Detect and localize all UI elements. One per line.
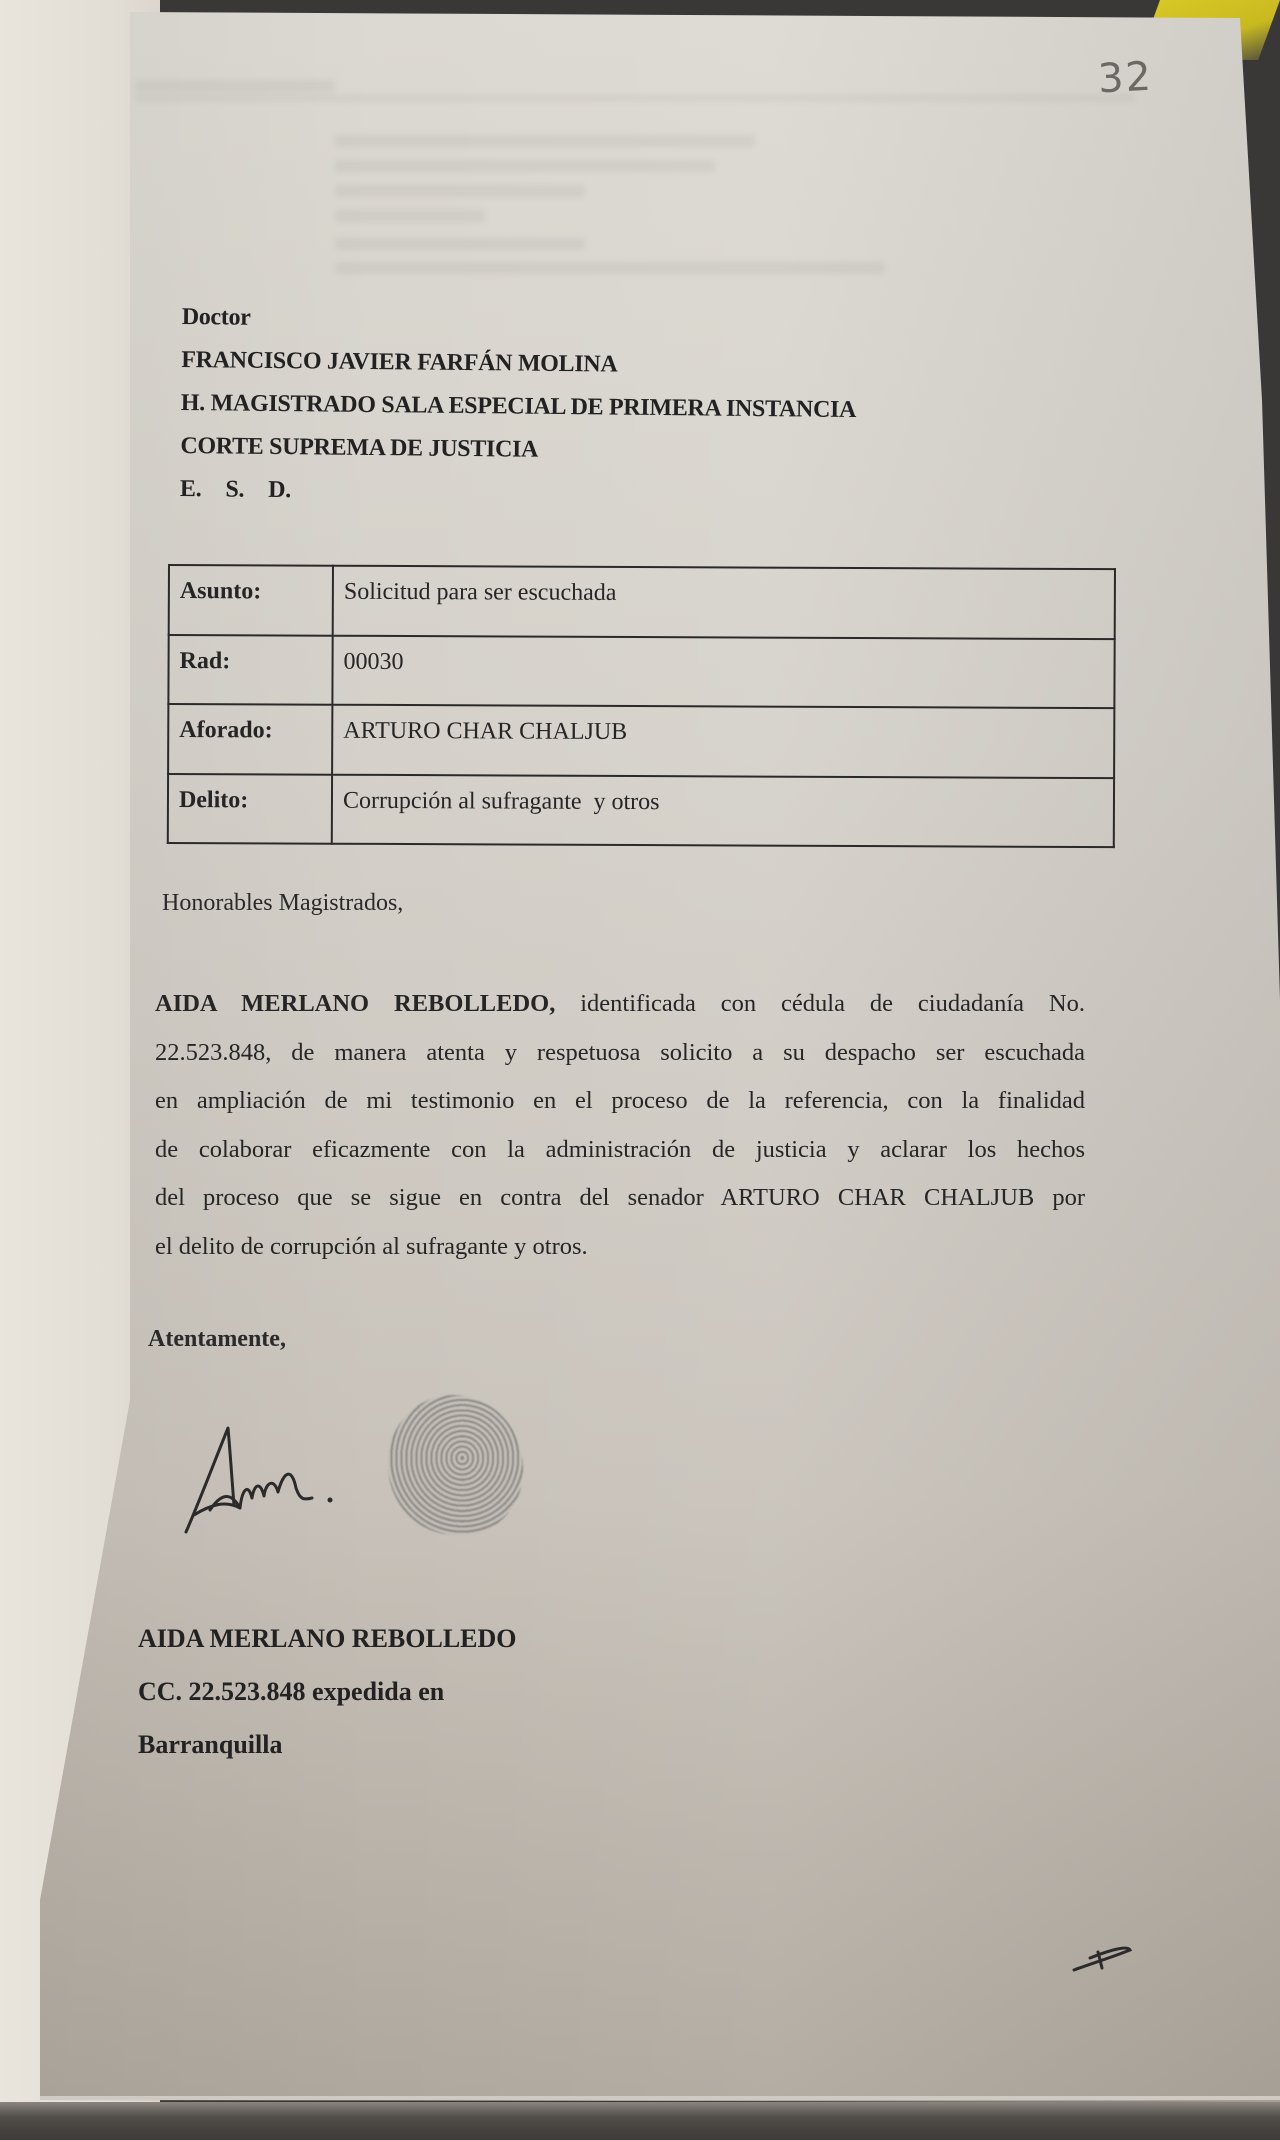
- signer-city: Barranquilla: [138, 1718, 517, 1771]
- background-surface: [0, 2102, 1280, 2140]
- body-line: del proceso que se sigue en contra del s…: [155, 1174, 1085, 1223]
- bleed-through-text: [135, 95, 1135, 101]
- requester-name: AIDA MERLANO REBOLLEDO,: [155, 990, 555, 1017]
- table-row: Aforado: ARTURO CHAR CHALJUB: [168, 704, 1114, 778]
- addressee-position: H. MAGISTRADO SALA ESPECIAL DE PRIMERA I…: [181, 382, 857, 432]
- bleed-through-text: [335, 210, 485, 222]
- handwritten-initial-mark: [1070, 1940, 1135, 1975]
- row-value: 00030: [332, 635, 1114, 708]
- row-value: Solicitud para ser escuchada: [333, 566, 1115, 639]
- document-page: 32 Doctor FRANCISCO JAVIER FARFÁN MOLINA…: [0, 0, 1280, 2140]
- bleed-through-text: [335, 135, 755, 147]
- table-row: Asunto: Solicitud para ser escuchada: [169, 565, 1115, 639]
- bleed-through-text: [335, 262, 885, 274]
- esd-d: D.: [268, 469, 291, 512]
- signer-block: AIDA MERLANO REBOLLEDO CC. 22.523.848 ex…: [138, 1612, 517, 1771]
- body-line: de colaborar eficazmente con la administ…: [155, 1126, 1085, 1175]
- letter-body: AIDA MERLANO REBOLLEDO, identificada con…: [155, 980, 1085, 1271]
- row-value: Corrupción al sufragante y otros: [332, 774, 1114, 847]
- addressee-institution: CORTE SUPREMA DE JUSTICIA: [180, 425, 856, 475]
- handwritten-signature: [180, 1420, 380, 1540]
- handwritten-page-number: 32: [1097, 54, 1154, 103]
- body-line: en ampliación de mi testimonio en el pro…: [155, 1077, 1085, 1126]
- bleed-through-text: [335, 185, 585, 197]
- esd-s: S.: [225, 468, 244, 511]
- addressee-block: Doctor FRANCISCO JAVIER FARFÁN MOLINA H.…: [180, 296, 857, 518]
- signer-id: CC. 22.523.848 expedida en: [138, 1665, 517, 1718]
- addressee-name: FRANCISCO JAVIER FARFÁN MOLINA: [181, 339, 857, 389]
- reference-table: Asunto: Solicitud para ser escuchada Rad…: [167, 564, 1116, 848]
- table-row: Delito: Corrupción al sufragante y otros: [168, 774, 1114, 848]
- esd-line: E.S.D.: [180, 468, 856, 518]
- bleed-through-text: [335, 238, 585, 250]
- row-label: Aforado:: [168, 704, 332, 774]
- esd-e: E.: [180, 468, 202, 511]
- row-label: Asunto:: [169, 565, 333, 635]
- row-value: ARTURO CHAR CHALJUB: [332, 705, 1114, 778]
- bleed-through-text: [135, 80, 335, 92]
- greeting: Honorables Magistrados,: [162, 890, 403, 917]
- body-line: el delito de corrupción al sufragante y …: [155, 1223, 1085, 1272]
- signer-name: AIDA MERLANO REBOLLEDO: [138, 1612, 517, 1665]
- body-line: AIDA MERLANO REBOLLEDO, identificada con…: [155, 980, 1085, 1029]
- bleed-through-text: [335, 160, 715, 172]
- row-label: Rad:: [168, 635, 332, 705]
- fingerprint: [388, 1395, 523, 1535]
- body-line: 22.523.848, de manera atenta y respetuos…: [155, 1029, 1085, 1078]
- table-row: Rad: 00030: [168, 635, 1114, 709]
- closing: Atentamente,: [148, 1326, 286, 1353]
- addressee-title: Doctor: [182, 296, 858, 346]
- row-label: Delito:: [168, 774, 332, 844]
